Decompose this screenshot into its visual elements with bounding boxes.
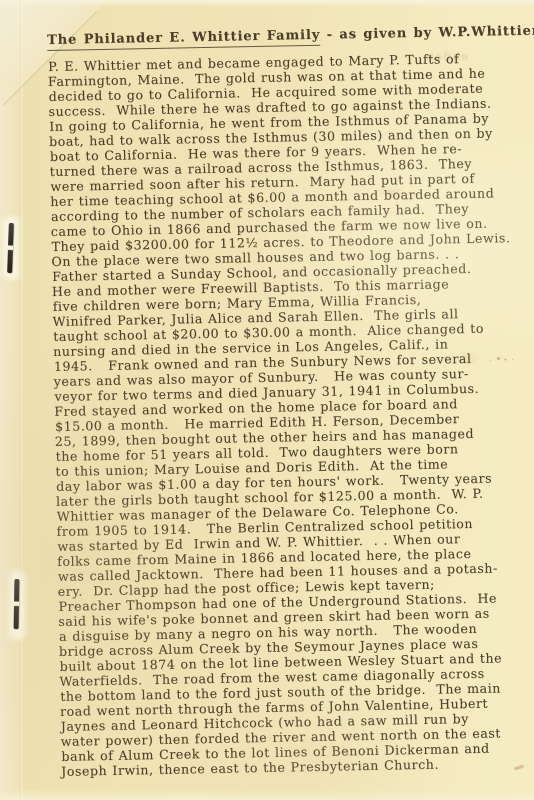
page-title: The Philander E. Whittier Family - as gi… [47,24,501,48]
body-text: P. E. Whittier met and became engaged to… [47,50,515,779]
left-margin-crease [20,0,23,800]
stain-dash [514,765,524,771]
page-bottom-edge [0,789,534,800]
page-title-underlined: The Philander E. Whittier Family [47,28,320,51]
staple-bottom-icon [14,579,20,629]
page-title-suffix: - as given by W.P.Whittier [320,24,534,43]
typed-content: The Philander E. Whittier Family - as gi… [47,24,515,779]
document-page: endan The Philander E. Whittier Family -… [0,0,534,800]
page-top-edge [0,0,534,7]
